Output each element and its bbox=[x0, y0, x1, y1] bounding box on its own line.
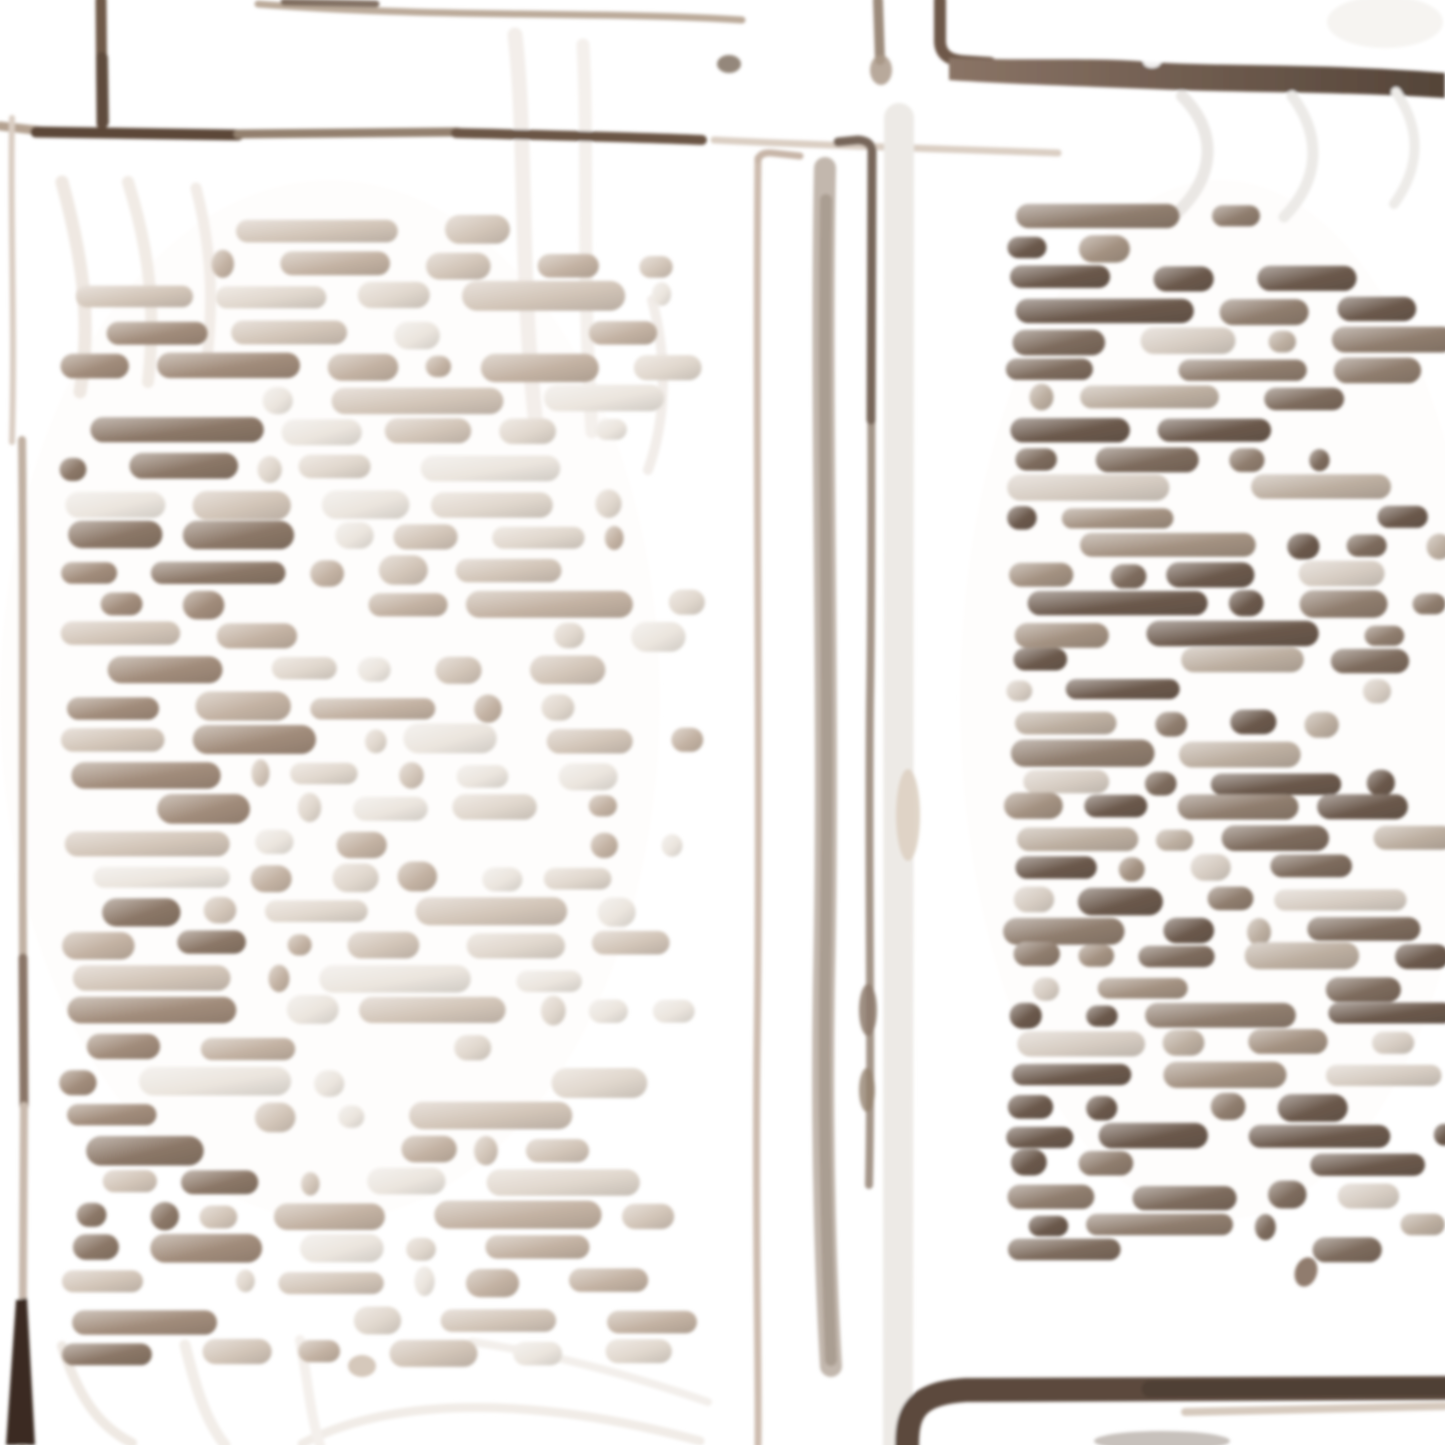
text-dash bbox=[1078, 945, 1114, 967]
text-dash bbox=[466, 1269, 519, 1297]
text-dash bbox=[530, 656, 606, 685]
bottomright-band-dark bbox=[1150, 1387, 1445, 1389]
open-book-watercolor-image bbox=[0, 0, 1445, 1445]
text-dash bbox=[399, 762, 424, 789]
text-dash bbox=[1326, 977, 1401, 1002]
text-dash bbox=[1015, 712, 1117, 735]
text-dash bbox=[76, 286, 193, 308]
text-dash bbox=[457, 765, 509, 788]
text-dash bbox=[1015, 623, 1109, 648]
text-dash bbox=[251, 759, 269, 786]
text-dash bbox=[255, 830, 293, 854]
text-dash bbox=[1141, 327, 1236, 354]
text-dash bbox=[631, 622, 686, 652]
text-dash bbox=[287, 995, 339, 1024]
rightpage-corner-frame bbox=[940, 0, 990, 63]
gutter-line-dark-blob1 bbox=[859, 984, 877, 1036]
text-dash bbox=[1245, 942, 1359, 969]
text-dash bbox=[1145, 772, 1177, 796]
text-dash bbox=[547, 729, 633, 754]
text-dash bbox=[492, 527, 584, 549]
text-dash bbox=[183, 591, 225, 620]
text-dash bbox=[1334, 358, 1421, 384]
text-dash bbox=[150, 1234, 262, 1263]
rightpage-top-band-notch bbox=[1143, 56, 1161, 68]
text-dash bbox=[1332, 327, 1445, 353]
text-dash bbox=[1029, 384, 1053, 411]
text-dash bbox=[62, 1270, 143, 1292]
text-dash bbox=[68, 997, 237, 1024]
text-dash bbox=[409, 1102, 572, 1130]
text-dash bbox=[1086, 1006, 1118, 1027]
text-dash bbox=[1251, 474, 1391, 499]
text-dash bbox=[310, 560, 344, 586]
text-dash bbox=[1062, 508, 1174, 528]
text-dash bbox=[1166, 562, 1254, 587]
text-dash bbox=[592, 931, 670, 955]
text-dash bbox=[482, 867, 522, 891]
text-dash bbox=[1010, 265, 1110, 288]
text-dash bbox=[73, 965, 231, 991]
text-dash bbox=[605, 526, 624, 550]
text-dash bbox=[513, 1342, 562, 1366]
text-dash bbox=[1229, 448, 1264, 472]
text-dash bbox=[1374, 826, 1445, 850]
text-dash bbox=[61, 354, 129, 379]
text-dash bbox=[1086, 1096, 1117, 1120]
text-dash bbox=[1012, 1064, 1131, 1085]
text-dash bbox=[622, 1204, 674, 1229]
text-dash bbox=[181, 1170, 258, 1194]
text-dash bbox=[1270, 855, 1352, 878]
text-dash bbox=[1008, 1095, 1053, 1119]
text-dash bbox=[1229, 590, 1264, 616]
text-dash bbox=[1163, 918, 1214, 943]
text-dash bbox=[65, 832, 230, 857]
text-dash bbox=[338, 1105, 364, 1128]
text-dash bbox=[265, 900, 368, 922]
bottomleft-dot bbox=[348, 1355, 376, 1377]
text-dash bbox=[1163, 1062, 1286, 1088]
text-dash bbox=[1401, 1214, 1445, 1236]
text-dash bbox=[1119, 857, 1145, 881]
text-dash bbox=[1317, 794, 1408, 819]
text-dash bbox=[1015, 448, 1057, 470]
text-dash bbox=[538, 254, 599, 278]
left-bottom-dark-wedge bbox=[6, 1298, 35, 1445]
text-dash bbox=[90, 417, 263, 442]
text-dash bbox=[1008, 1239, 1121, 1261]
bottomright-underline-light bbox=[1185, 1406, 1445, 1412]
text-dash bbox=[1099, 1123, 1208, 1149]
text-dash bbox=[401, 1136, 456, 1163]
text-dash bbox=[314, 1070, 344, 1097]
text-dash bbox=[1287, 534, 1319, 560]
text-dash bbox=[67, 697, 159, 720]
text-dash bbox=[1155, 712, 1187, 737]
text-dash bbox=[348, 932, 420, 959]
text-dash bbox=[107, 322, 208, 345]
text-dash bbox=[1300, 590, 1388, 618]
left-page-edge-faint bbox=[12, 118, 13, 442]
text-dash bbox=[1154, 266, 1214, 291]
text-dash bbox=[310, 698, 435, 719]
text-dash bbox=[272, 657, 337, 679]
text-dash bbox=[1029, 1216, 1069, 1237]
text-dash bbox=[1003, 918, 1124, 945]
text-dash bbox=[1013, 330, 1106, 356]
text-dash bbox=[139, 1067, 291, 1096]
text-dash bbox=[328, 354, 399, 381]
text-dash bbox=[73, 1234, 119, 1260]
text-dash bbox=[598, 898, 636, 927]
text-dash bbox=[406, 1238, 436, 1261]
text-dash bbox=[456, 559, 562, 582]
left-page-edge bbox=[22, 440, 23, 958]
text-dash bbox=[1313, 1237, 1382, 1262]
text-dash bbox=[435, 657, 481, 684]
text-dash bbox=[93, 867, 230, 888]
text-dash bbox=[319, 965, 471, 993]
text-dash bbox=[1086, 1214, 1233, 1236]
text-dash bbox=[1413, 593, 1445, 614]
text-dash bbox=[1096, 447, 1199, 472]
text-dash bbox=[1367, 770, 1395, 797]
text-dash bbox=[591, 833, 618, 858]
text-dash bbox=[1146, 621, 1318, 646]
text-dash bbox=[236, 220, 398, 243]
text-dash bbox=[108, 656, 223, 683]
text-dash bbox=[606, 1339, 672, 1363]
text-dash bbox=[1080, 386, 1219, 409]
text-dash bbox=[1006, 681, 1032, 702]
gutter-band-light bbox=[898, 118, 899, 1445]
left-horizontal-rule-dark bbox=[36, 132, 238, 135]
text-dash bbox=[1310, 1154, 1425, 1176]
text-dash bbox=[1247, 918, 1271, 946]
text-dash bbox=[1011, 740, 1155, 767]
text-dash bbox=[1255, 1214, 1276, 1240]
text-dash bbox=[595, 489, 621, 518]
text-dash bbox=[1010, 1003, 1042, 1029]
text-dash bbox=[1395, 944, 1445, 969]
text-dash bbox=[354, 1307, 401, 1335]
text-dash bbox=[101, 593, 143, 616]
text-dash bbox=[1211, 1093, 1246, 1120]
text-dash bbox=[255, 1103, 296, 1133]
text-dash bbox=[263, 387, 293, 414]
text-dash bbox=[1008, 1185, 1095, 1209]
text-dash bbox=[367, 1168, 445, 1195]
text-dash bbox=[1230, 710, 1276, 735]
text-dash bbox=[434, 1201, 601, 1229]
text-dash bbox=[1145, 1003, 1296, 1028]
text-dash bbox=[1222, 825, 1329, 851]
text-dash bbox=[1268, 1181, 1307, 1209]
text-dash bbox=[1066, 679, 1180, 699]
text-dash bbox=[1007, 237, 1046, 259]
text-dash bbox=[393, 524, 457, 549]
right-wave-3 bbox=[1394, 92, 1415, 204]
text-dash bbox=[157, 353, 300, 379]
text-dash bbox=[541, 694, 574, 720]
text-dash bbox=[589, 795, 617, 816]
text-dash bbox=[322, 490, 410, 519]
text-dash bbox=[1365, 626, 1405, 646]
text-dash bbox=[526, 1139, 589, 1162]
text-dash bbox=[454, 1035, 491, 1060]
text-dash bbox=[662, 834, 683, 857]
text-dash bbox=[1023, 770, 1109, 793]
text-dash bbox=[1014, 648, 1068, 671]
text-dash bbox=[1016, 204, 1179, 228]
text-dash bbox=[193, 491, 291, 520]
text-dash bbox=[201, 1038, 295, 1060]
text-dash bbox=[1181, 647, 1304, 672]
text-dash bbox=[204, 897, 237, 924]
text-dash bbox=[1007, 474, 1169, 500]
text-dash bbox=[1211, 774, 1341, 796]
text-dash bbox=[290, 763, 358, 784]
text-dash bbox=[193, 725, 316, 754]
text-dash bbox=[669, 590, 705, 615]
text-dash bbox=[1278, 1094, 1348, 1122]
text-dash bbox=[1098, 978, 1188, 999]
text-dash bbox=[72, 1310, 217, 1335]
text-dash bbox=[298, 1340, 340, 1362]
text-dash bbox=[71, 762, 220, 789]
text-dash bbox=[1009, 563, 1073, 587]
text-dash bbox=[1434, 1124, 1445, 1146]
text-dash bbox=[298, 793, 321, 822]
text-dash bbox=[1016, 299, 1194, 323]
text-dash bbox=[60, 458, 87, 481]
text-dash bbox=[365, 729, 387, 753]
page-top-edge-dark-sliver bbox=[284, 2, 376, 4]
text-dash bbox=[541, 996, 566, 1026]
text-dash bbox=[251, 865, 292, 892]
text-dash bbox=[552, 1068, 648, 1098]
text-dash bbox=[200, 1206, 238, 1229]
text-dash bbox=[416, 897, 568, 925]
gutter-line-1 bbox=[756, 158, 758, 1445]
text-dash bbox=[1326, 1065, 1442, 1086]
text-dash bbox=[77, 1203, 107, 1227]
text-dash bbox=[236, 1270, 255, 1293]
text-dash bbox=[414, 1266, 434, 1296]
text-dash bbox=[652, 282, 671, 306]
text-dash bbox=[274, 1203, 385, 1230]
text-dash bbox=[1191, 854, 1231, 881]
text-dash bbox=[1017, 1031, 1145, 1056]
text-dash bbox=[86, 1136, 204, 1166]
text-dash bbox=[1249, 1125, 1391, 1148]
text-dash bbox=[595, 419, 627, 440]
text-dash bbox=[554, 623, 584, 648]
text-dash bbox=[1269, 331, 1297, 353]
right-top-tint bbox=[1327, 0, 1443, 48]
text-dash bbox=[499, 419, 556, 445]
text-dash bbox=[1305, 712, 1339, 738]
text-dash bbox=[157, 794, 250, 824]
text-dash bbox=[1084, 795, 1147, 817]
text-dash bbox=[1248, 1029, 1327, 1054]
text-dash bbox=[390, 1340, 478, 1367]
text-dash bbox=[151, 1202, 179, 1230]
text-dash bbox=[359, 997, 506, 1023]
text-dash bbox=[1264, 388, 1344, 411]
bottomleft-arc-3 bbox=[472, 1342, 708, 1402]
left-horizontal-rule-dark2 bbox=[456, 133, 702, 140]
text-dash bbox=[300, 1234, 384, 1262]
text-dash bbox=[426, 356, 452, 377]
text-dash bbox=[1331, 649, 1409, 673]
text-dash bbox=[1033, 978, 1060, 1001]
text-dash bbox=[1017, 828, 1138, 852]
bottomleft-arc-2 bbox=[302, 1408, 700, 1444]
text-dash bbox=[151, 562, 286, 584]
right-dot-below-text bbox=[1291, 1254, 1321, 1289]
text-dash bbox=[1111, 564, 1147, 588]
text-dash bbox=[1178, 794, 1299, 819]
text-dash bbox=[474, 1136, 498, 1165]
text-dash bbox=[358, 282, 430, 308]
text-dash bbox=[394, 322, 440, 350]
text-dash bbox=[1338, 297, 1417, 321]
text-dash bbox=[1078, 888, 1163, 916]
text-dash bbox=[639, 256, 672, 278]
gutter-line-dark-blob2 bbox=[859, 1068, 875, 1112]
gutter-top-stub-blob bbox=[870, 55, 892, 85]
text-dash bbox=[1014, 887, 1054, 913]
text-dash bbox=[1079, 1151, 1134, 1176]
text-dash bbox=[1015, 856, 1096, 879]
text-dash bbox=[299, 455, 371, 479]
gutter-top-stub bbox=[878, 0, 880, 60]
bottomright-bottom-smudge bbox=[1094, 1431, 1230, 1445]
text-dash bbox=[1079, 235, 1130, 262]
text-dash bbox=[278, 1272, 383, 1294]
text-dash bbox=[216, 286, 327, 308]
text-dash bbox=[183, 521, 294, 550]
text-dash bbox=[516, 971, 582, 993]
text-dash bbox=[335, 522, 374, 549]
text-dash bbox=[398, 862, 438, 892]
text-dash bbox=[569, 1268, 648, 1292]
text-dash bbox=[61, 621, 181, 645]
gutter-band-gray-core bbox=[825, 200, 831, 1360]
text-dash bbox=[1156, 830, 1193, 851]
text-dash bbox=[217, 623, 297, 648]
text-dash bbox=[474, 695, 502, 723]
text-dash bbox=[485, 1235, 589, 1259]
text-dash bbox=[282, 419, 362, 445]
text-dash bbox=[462, 281, 625, 311]
text-dash bbox=[1378, 506, 1428, 528]
text-dash bbox=[452, 794, 536, 820]
text-dash bbox=[487, 1169, 640, 1196]
text-dash bbox=[212, 250, 235, 278]
text-dash bbox=[1208, 887, 1254, 911]
text-dash bbox=[589, 999, 628, 1023]
text-dash bbox=[1163, 1030, 1205, 1056]
text-dash bbox=[203, 1339, 272, 1364]
text-dash bbox=[589, 321, 657, 345]
text-dash bbox=[258, 456, 282, 483]
text-dash bbox=[129, 453, 238, 479]
topleft-vertical-rule-dark bbox=[102, 58, 103, 122]
text-dash bbox=[1299, 561, 1385, 587]
text-dash bbox=[333, 864, 379, 893]
text-dash bbox=[1363, 679, 1391, 703]
text-dash bbox=[403, 723, 496, 753]
text-dash bbox=[1006, 1127, 1073, 1148]
text-dash bbox=[1080, 533, 1256, 557]
text-dash bbox=[379, 555, 428, 585]
text-dash bbox=[1138, 946, 1214, 967]
text-dash bbox=[358, 657, 391, 681]
text-dash bbox=[280, 251, 390, 275]
text-dash bbox=[1372, 1032, 1414, 1054]
text-dash bbox=[385, 418, 471, 443]
text-dash bbox=[559, 763, 618, 790]
book-photo-canvas bbox=[0, 0, 1445, 1445]
text-dash bbox=[68, 521, 162, 549]
text-dash bbox=[61, 562, 117, 584]
text-dash bbox=[1006, 359, 1093, 380]
text-dash bbox=[268, 965, 289, 993]
text-dash bbox=[59, 1070, 96, 1095]
text-dash bbox=[61, 728, 165, 752]
text-dash bbox=[332, 388, 504, 414]
text-dash bbox=[481, 354, 599, 382]
text-dash bbox=[1158, 419, 1272, 442]
gutter-line-1-hook bbox=[758, 153, 800, 160]
text-dash bbox=[288, 934, 312, 955]
text-dash bbox=[467, 933, 565, 958]
text-dash bbox=[1010, 418, 1130, 442]
text-dash bbox=[544, 868, 612, 890]
text-dash bbox=[1307, 917, 1420, 941]
gutter-oval-blob bbox=[896, 769, 920, 861]
text-dash bbox=[177, 930, 246, 953]
text-dash bbox=[103, 1170, 157, 1192]
text-dash bbox=[1011, 1149, 1047, 1176]
text-dash bbox=[1179, 742, 1301, 768]
text-dash bbox=[369, 593, 448, 616]
text-dash bbox=[1007, 506, 1037, 529]
text-dash bbox=[1004, 793, 1063, 819]
text-dash bbox=[62, 932, 135, 960]
text-dash bbox=[337, 832, 387, 859]
text-dash bbox=[65, 492, 165, 518]
left-page-edge-mid bbox=[23, 958, 24, 1106]
text-dash bbox=[671, 728, 703, 752]
text-dash bbox=[1179, 360, 1307, 381]
text-dash bbox=[653, 1000, 695, 1023]
text-dash bbox=[1212, 205, 1260, 226]
text-dash bbox=[431, 492, 553, 517]
text-dash bbox=[1014, 942, 1061, 966]
text-dash bbox=[1309, 449, 1329, 471]
text-dash bbox=[445, 215, 510, 244]
text-dash bbox=[466, 591, 633, 618]
text-dash bbox=[544, 385, 664, 412]
text-dash bbox=[1338, 1184, 1400, 1209]
text-dash bbox=[426, 253, 491, 280]
text-dash bbox=[62, 1343, 152, 1365]
text-dash bbox=[1274, 889, 1407, 910]
